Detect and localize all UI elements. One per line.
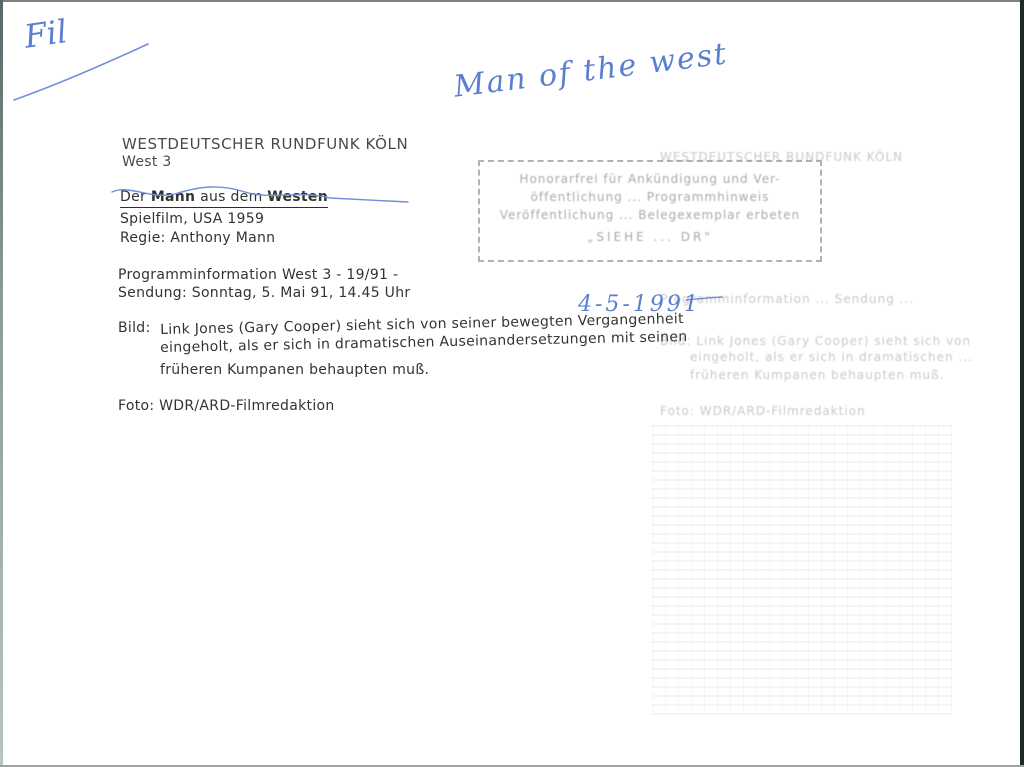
- handwritten-initial: Fil: [22, 12, 70, 56]
- handwritten-date: 4-5-1991: [578, 292, 701, 317]
- handwriting-strokes: [0, 0, 1024, 767]
- document-page: WESTDEUTSCHER RUNDFUNK KÖLN Programminfo…: [0, 0, 1024, 767]
